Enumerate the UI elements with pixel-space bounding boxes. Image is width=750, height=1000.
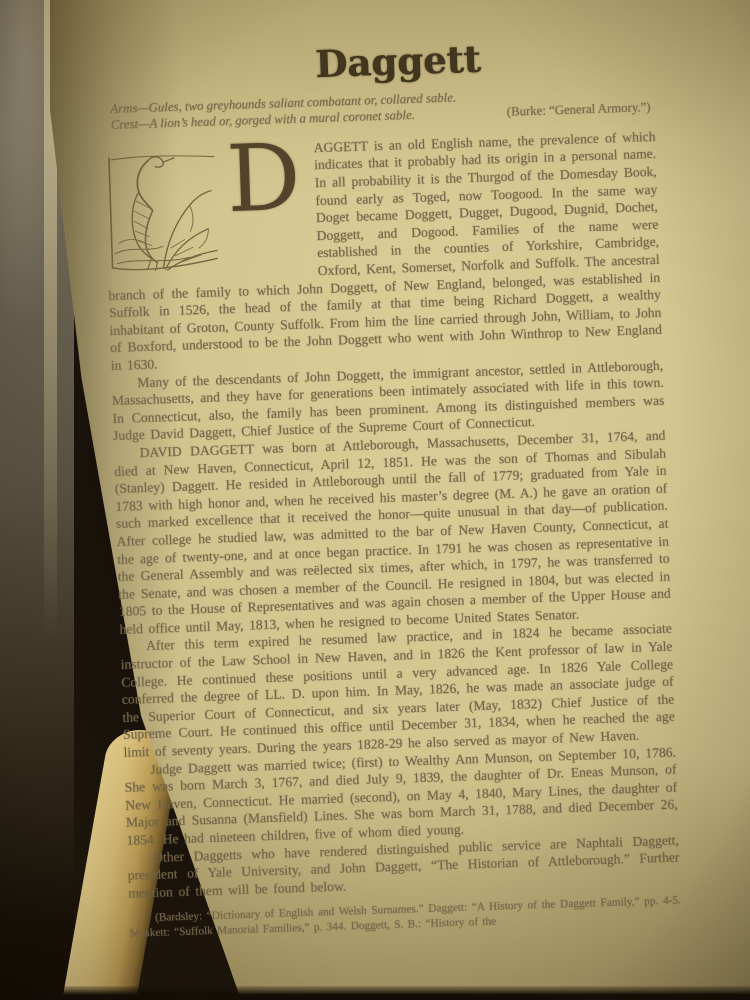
page-content: Daggett Arms—Gules, two greyhounds salia…	[100, 26, 681, 941]
drop-cap-letter: D	[225, 132, 302, 226]
paragraph-david-daggett: DAVID DAGGETT was born at Attleborough, …	[113, 427, 671, 639]
photo-bottom-edge	[0, 986, 750, 1000]
page-title: Daggett	[100, 34, 653, 91]
paragraph-after-term: After this term expired he resumed law p…	[120, 620, 676, 761]
heraldry-source-citation: (Burke: “General Armory.”)	[507, 99, 651, 120]
paragraph-intro: D AGGETT is an old English name, the pre…	[104, 128, 663, 375]
woodcut-bird-illustration	[102, 146, 224, 276]
book-photo: Daggett Arms—Gules, two greyhounds salia…	[0, 0, 750, 1000]
decorated-initial-block: D	[102, 141, 310, 272]
heraldry-block: Arms—Gules, two greyhounds saliant comba…	[102, 83, 655, 133]
body-text: D AGGETT is an old English name, the pre…	[104, 128, 682, 942]
